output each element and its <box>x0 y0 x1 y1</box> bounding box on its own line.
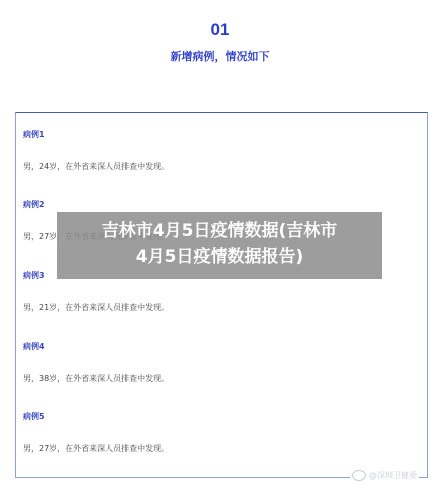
watermark-text: @深圳卫健委 <box>369 471 417 480</box>
case-description: 男，21岁，在外省来深人员排查中发现。 <box>23 302 169 313</box>
overlay-line-1: 吉林市4月5日疫情数据(吉林市 <box>57 218 382 244</box>
weibo-icon <box>352 470 366 481</box>
case-description: 男，38岁，在外省来深人员排查中发现。 <box>23 373 169 384</box>
case-item: 病例2 男，27岁，在外省来深人员排查中发现。 <box>23 199 45 210</box>
case-description: 男，24岁，在外省来深人员排查中发现。 <box>23 161 169 172</box>
section-number: 01 <box>0 20 440 40</box>
case-item: 病例4 男，38岁，在外省来深人员排查中发现。 <box>23 341 45 352</box>
section-subtitle: 新增病例，情况如下 <box>0 48 440 64</box>
case-item: 病例3 男，21岁，在外省来深人员排查中发现。 <box>23 270 45 281</box>
watermark: @深圳卫健委 <box>350 470 419 481</box>
case-title: 病例2 <box>23 199 45 210</box>
overlay-line-2: 4月5日疫情数据报告) <box>57 244 382 270</box>
cases-card: 病例1 男，24岁，在外省来深人员排查中发现。 病例2 男，27岁，在外省来深人… <box>15 112 428 478</box>
case-title: 病例4 <box>23 341 45 352</box>
case-title: 病例5 <box>23 411 45 422</box>
case-item: 病例5 男，27岁，在外省来深人员排查中发现。 <box>23 411 45 422</box>
title-overlay: 吉林市4月5日疫情数据(吉林市 4月5日疫情数据报告) <box>57 212 382 279</box>
case-item: 病例1 男，24岁，在外省来深人员排查中发现。 <box>23 129 45 140</box>
case-title: 病例3 <box>23 270 45 281</box>
case-description: 男，27岁，在外省来深人员排查中发现。 <box>23 443 169 454</box>
case-title: 病例1 <box>23 129 45 140</box>
